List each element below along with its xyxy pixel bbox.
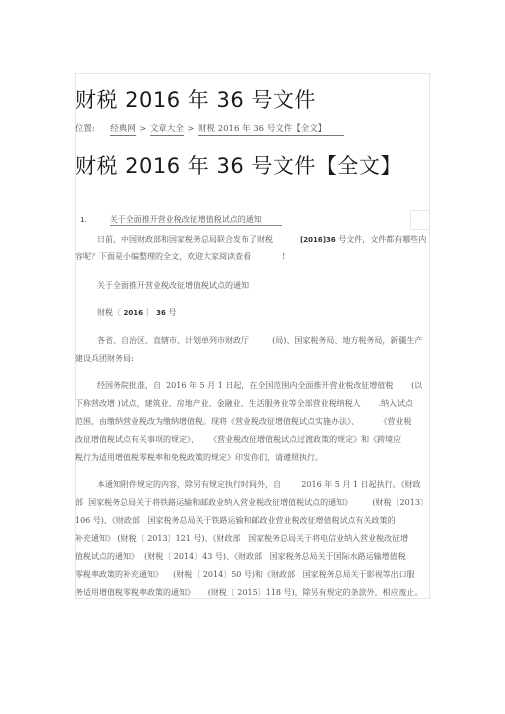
- paragraph1-line: 改征增值税试点有关事项的规定》、 《营业税改征增值税试点过渡政策的规定》和《跨境…: [75, 434, 401, 445]
- doc-number-year: 2016: [124, 309, 143, 317]
- paragraph2-line: 务适用增值税零税率政策的通知》 (财税〔 2015〕118 号)，除另有规定的条…: [75, 587, 423, 598]
- intro-text: 日前，中国财政部和国家税务总局联合发布了财税: [97, 235, 273, 244]
- breadcrumb-label: 位置:: [75, 124, 95, 134]
- paragraph1-line: 经国务院批准，自 2016 年 5 月 1 日起，在全国范围内全面推开营业税改征…: [97, 380, 422, 391]
- breadcrumb-link-home[interactable]: 经典网: [110, 124, 136, 136]
- intro-line-1: 日前，中国财政部和国家税务总局联合发布了财税 [2016]36 号文件，文件都有…: [97, 234, 426, 245]
- breadcrumb: 位置: 经典网 > 文章大全 > 财税 2016 年 36 号文件【全文】: [75, 122, 344, 134]
- doc-number-part: 号: [168, 308, 176, 317]
- addressee-line-2: 建设兵团财务局:: [75, 353, 134, 364]
- paragraph1-line: 范围，由缴纳营业税改为缴纳增值税。现将《营业税改征增值税试点实施办法》、 《营业…: [75, 416, 411, 427]
- notice-title: 关于全面推开营业税改征增值税试点的通知: [97, 280, 249, 291]
- addressee-text: 各省、自治区、直辖市、计划单列市财政厅: [97, 336, 249, 345]
- intro-text: 号文件，文件都有哪些内: [338, 235, 426, 244]
- toc-number: 1.: [80, 216, 87, 224]
- article-title: 财税 2016 年 36 号文件【全文】: [75, 150, 402, 180]
- paragraph1-line: 税行为适用增值税零税率和免税政策的规定》印发你们，请遵照执行。: [75, 452, 323, 463]
- breadcrumb-separator: >: [188, 124, 195, 133]
- frame-notch: [410, 210, 429, 230]
- intro-text: !: [282, 252, 285, 261]
- paragraph2-line: 补充通知》 (财税〔 2013〕121 号)、《财政部 国家税务总局关于将电信业…: [75, 533, 408, 544]
- paragraph2-line: 106 号)、《财政部 国家税务总局关于铁路运输和邮政业营业税改征增值税试点有关…: [75, 515, 396, 526]
- intro-doc-number: [2016]36: [300, 236, 336, 244]
- intro-text: 容呢？下面是小编整理的全文，欢迎大家阅读查看: [75, 252, 251, 261]
- doc-number-part: 财税〔: [97, 308, 121, 317]
- doc-number-num: 36: [156, 309, 166, 317]
- page-title: 财税 2016 年 36 号文件: [75, 84, 316, 114]
- paragraph1-line: 下称营改增 )试点，建筑业、房地产业、金融业、生活服务业等全部营业税纳税人 .纳…: [75, 398, 413, 409]
- breadcrumb-link-articles[interactable]: 文章大全: [150, 124, 184, 136]
- breadcrumb-separator: >: [140, 124, 147, 133]
- toc-link[interactable]: 关于全面推开营业税改征增值税试点的通知: [110, 215, 282, 226]
- addressee-text: (局)、国家税务局、地方税务局，新疆生产: [272, 336, 422, 345]
- paragraph2-line: 值税试点的通知》 (财税〔 2014〕43 号)、《财政部 国家税务总局关于国际…: [75, 551, 406, 562]
- paragraph2-line: 部 国家税务总局关于将铁路运输和邮政业纳入营业税改征增值税试点的通知》 (财税〔…: [75, 497, 428, 508]
- addressee-line-1: 各省、自治区、直辖市、计划单列市财政厅 (局)、国家税务局、地方税务局，新疆生产: [97, 335, 422, 346]
- doc-number-part: 〕: [146, 308, 154, 317]
- toc-item[interactable]: 1. 关于全面推开营业税改征增值税试点的通知: [80, 214, 282, 225]
- intro-line-2: 容呢？下面是小编整理的全文，欢迎大家阅读查看 !: [75, 251, 285, 262]
- paragraph2-line: 本通知附件规定的内容，除另有规定执行时间外，自 2016 年 5 月 1 日起执…: [97, 479, 421, 490]
- doc-number: 财税〔 2016 〕 36 号: [97, 307, 176, 318]
- paragraph2-line: 零税率政策的补充通知》 (财税〔 2014〕50 号)和《财政部 国家税务总局关…: [75, 569, 415, 580]
- breadcrumb-link-current[interactable]: 财税 2016 年 36 号文件【全文】: [198, 124, 344, 136]
